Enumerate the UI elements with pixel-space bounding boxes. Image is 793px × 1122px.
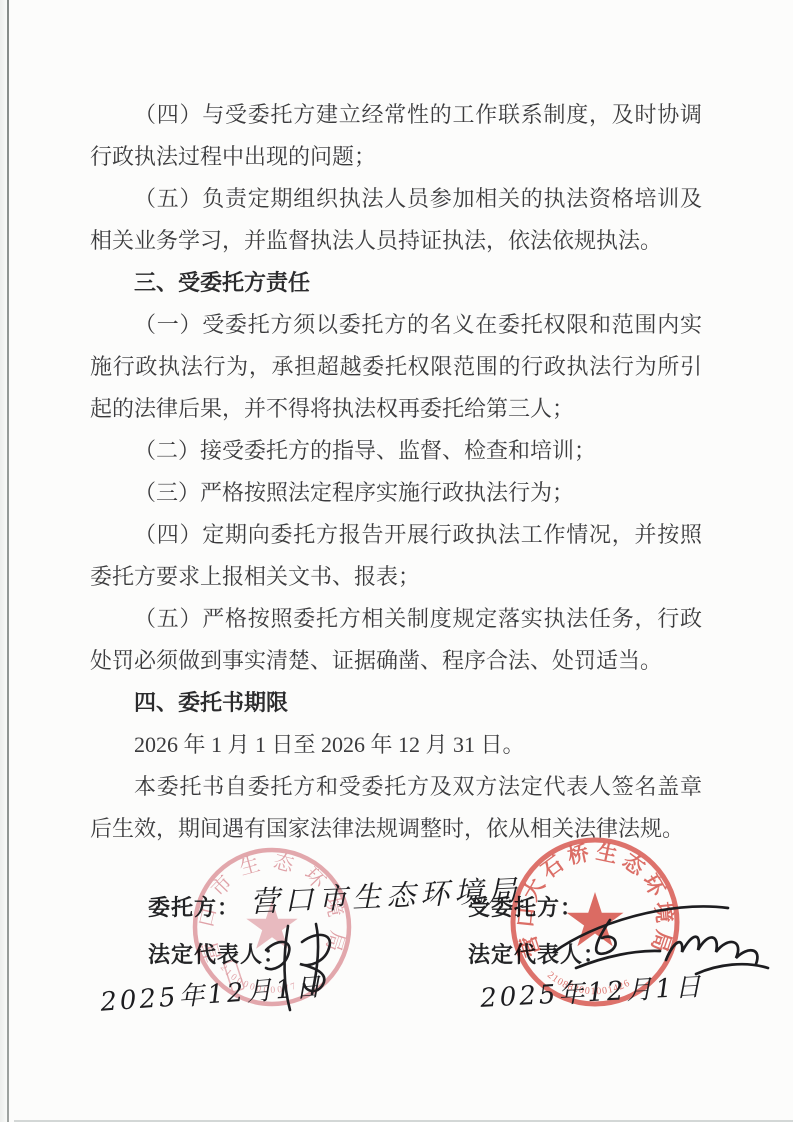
section-heading-4: 四、委托书期限 (90, 682, 702, 724)
document-paragraph: （四）与受委托方建立经常性的工作联系制度，及时协调行政执法过程中出现的问题； (90, 94, 702, 178)
validity-period: 2026 年 1 月 1 日至 2026 年 12 月 31 日。 (90, 724, 702, 766)
delegator-signature-scrawl (258, 916, 373, 1016)
signature-stroke (666, 937, 757, 964)
scan-edge-shading (0, 0, 7, 1122)
document-paragraph: （五）负责定期组织执法人员参加相关的执法资格培训及相关业务学习，并监督执法人员持… (90, 178, 702, 262)
document-body: （四）与受委托方建立经常性的工作联系制度，及时协调行政执法过程中出现的问题； （… (90, 94, 702, 850)
signature-stroke (576, 951, 660, 968)
signature-stroke (285, 926, 291, 1010)
document-paragraph: （三）严格按照法定程序实施行政执法行为； (90, 472, 702, 514)
signature-stroke (596, 920, 615, 954)
delegatee-signature-scrawl (548, 888, 780, 993)
document-paragraph: （一）受委托方须以委托方的名义在委托权限和范围内实施行政执法行为，承担超越委托权… (90, 304, 702, 430)
document-paragraph: （五）严格按照委托方相关制度规定落实执法任务，行政处罚必须做到事实清楚、证据确凿… (90, 598, 702, 682)
scanned-document-page: （四）与受委托方建立经常性的工作联系制度，及时协调行政执法过程中出现的问题； （… (0, 0, 793, 1122)
signature-stroke (696, 964, 768, 974)
section-heading-3: 三、受委托方责任 (90, 262, 702, 304)
document-paragraph: （四）定期向委托方报告开展行政执法工作情况，并按照委托方要求上报相关文书、报表； (90, 514, 702, 598)
document-paragraph: （二）接受委托方的指导、监督、检查和培训； (90, 430, 702, 472)
scan-edge-line (7, 0, 9, 1122)
